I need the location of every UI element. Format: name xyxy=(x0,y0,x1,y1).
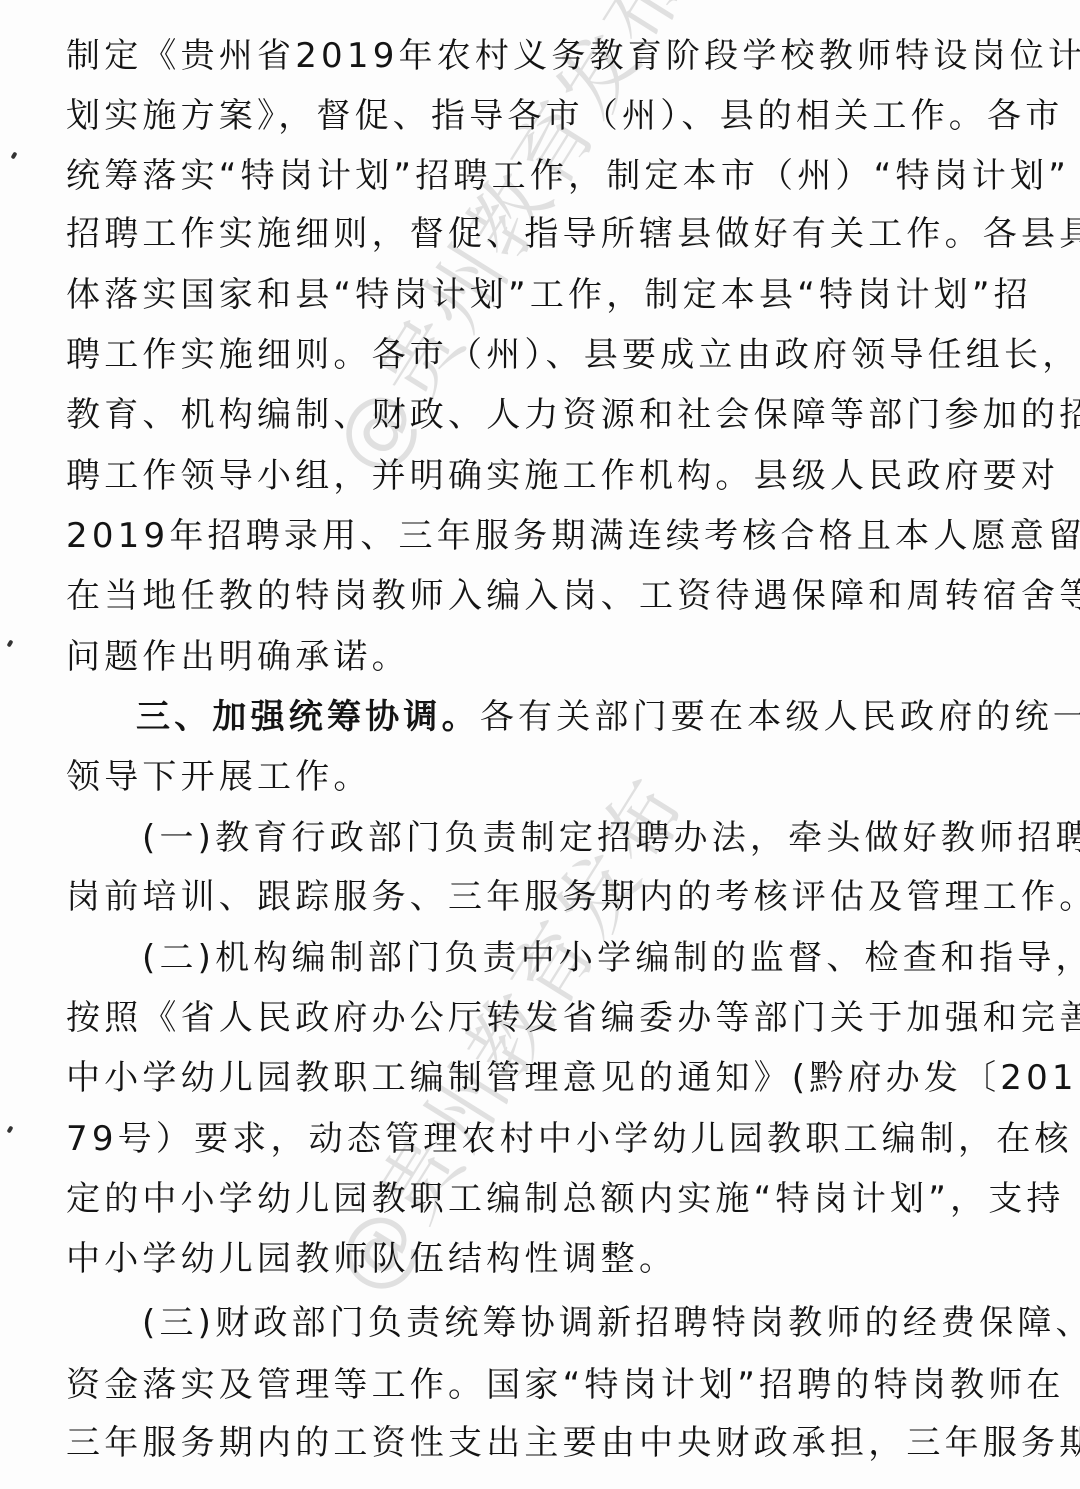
text-line: 聘工作领导小组，并明确实施工作机构。县级人民政府要对 xyxy=(66,456,1026,496)
text-line: 体落实国家和县“特岗计划”工作，制定本县“特岗计划”招 xyxy=(66,275,1026,315)
text-line: 79号）要求，动态管理农村中小学幼儿园教职工编制，在核 xyxy=(66,1119,1026,1159)
text-line: 统筹落实“特岗计划”招聘工作，制定本市（州）“特岗计划” xyxy=(66,156,1026,196)
text-line: 聘工作实施细则。各市（州）、县要成立由政府领导任组长， xyxy=(66,335,1026,375)
section-text: 各有关部门要在本级人民政府的统一 xyxy=(480,697,1080,737)
text-line: 中小学幼儿园教师队伍结构性调整。 xyxy=(66,1239,1026,1279)
text-line: 招聘工作实施细则，督促、指导所辖县做好有关工作。各县具 xyxy=(66,214,1026,254)
text-line: 岗前培训、跟踪服务、三年服务期内的考核评估及管理工作。 xyxy=(66,877,1026,917)
text-line: 2019年招聘录用、三年服务期满连续考核合格且本人愿意留 xyxy=(66,516,1026,556)
text-line: 定的中小学幼儿园教职工编制总额内实施“特岗计划”，支持 xyxy=(66,1179,1026,1219)
sub-item-line: (二)机构编制部门负责中小学编制的监督、检查和指导， xyxy=(142,938,1080,978)
text-line: 中小学幼儿园教职工编制管理意见的通知》(黔府办发〔2011〕 xyxy=(66,1058,1026,1098)
scan-speck xyxy=(11,151,18,159)
text-line: 教育、机构编制、财政、人力资源和社会保障等部门参加的招 xyxy=(66,395,1026,435)
section-heading: 三、加强统筹协调。 xyxy=(136,697,480,737)
sub-item-line: (一)教育行政部门负责制定招聘办法，牵头做好教师招聘、 xyxy=(142,818,1080,858)
section-heading-line: 三、加强统筹协调。各有关部门要在本级人民政府的统一 xyxy=(136,697,1080,737)
text-line: 制定《贵州省2019年农村义务教育阶段学校教师特设岗位计 xyxy=(66,36,1026,76)
text-line: 在当地任教的特岗教师入编入岗、工资待遇保障和周转宿舍等 xyxy=(66,576,1026,616)
text-line: 问题作出明确承诺。 xyxy=(66,637,1026,677)
document-page: @贵州教育发布 @贵州教育发布 制定《贵州省2019年农村义务教育阶段学校教师特… xyxy=(0,0,1080,1489)
text-line: 按照《省人民政府办公厅转发省编委办等部门关于加强和完善 xyxy=(66,998,1026,1038)
text-line: 资金落实及管理等工作。国家“特岗计划”招聘的特岗教师在 xyxy=(66,1365,1026,1405)
scan-speck xyxy=(7,1125,14,1133)
sub-item-line: (三)财政部门负责统筹协调新招聘特岗教师的经费保障、 xyxy=(142,1303,1080,1343)
scan-speck xyxy=(7,639,14,647)
text-line: 划实施方案》，督促、指导各市（州）、县的相关工作。各市（州） xyxy=(66,96,1026,136)
text-line: 三年服务期内的工资性支出主要由中央财政承担，三年服务期 xyxy=(66,1423,1026,1463)
text-line: 领导下开展工作。 xyxy=(66,757,1026,797)
